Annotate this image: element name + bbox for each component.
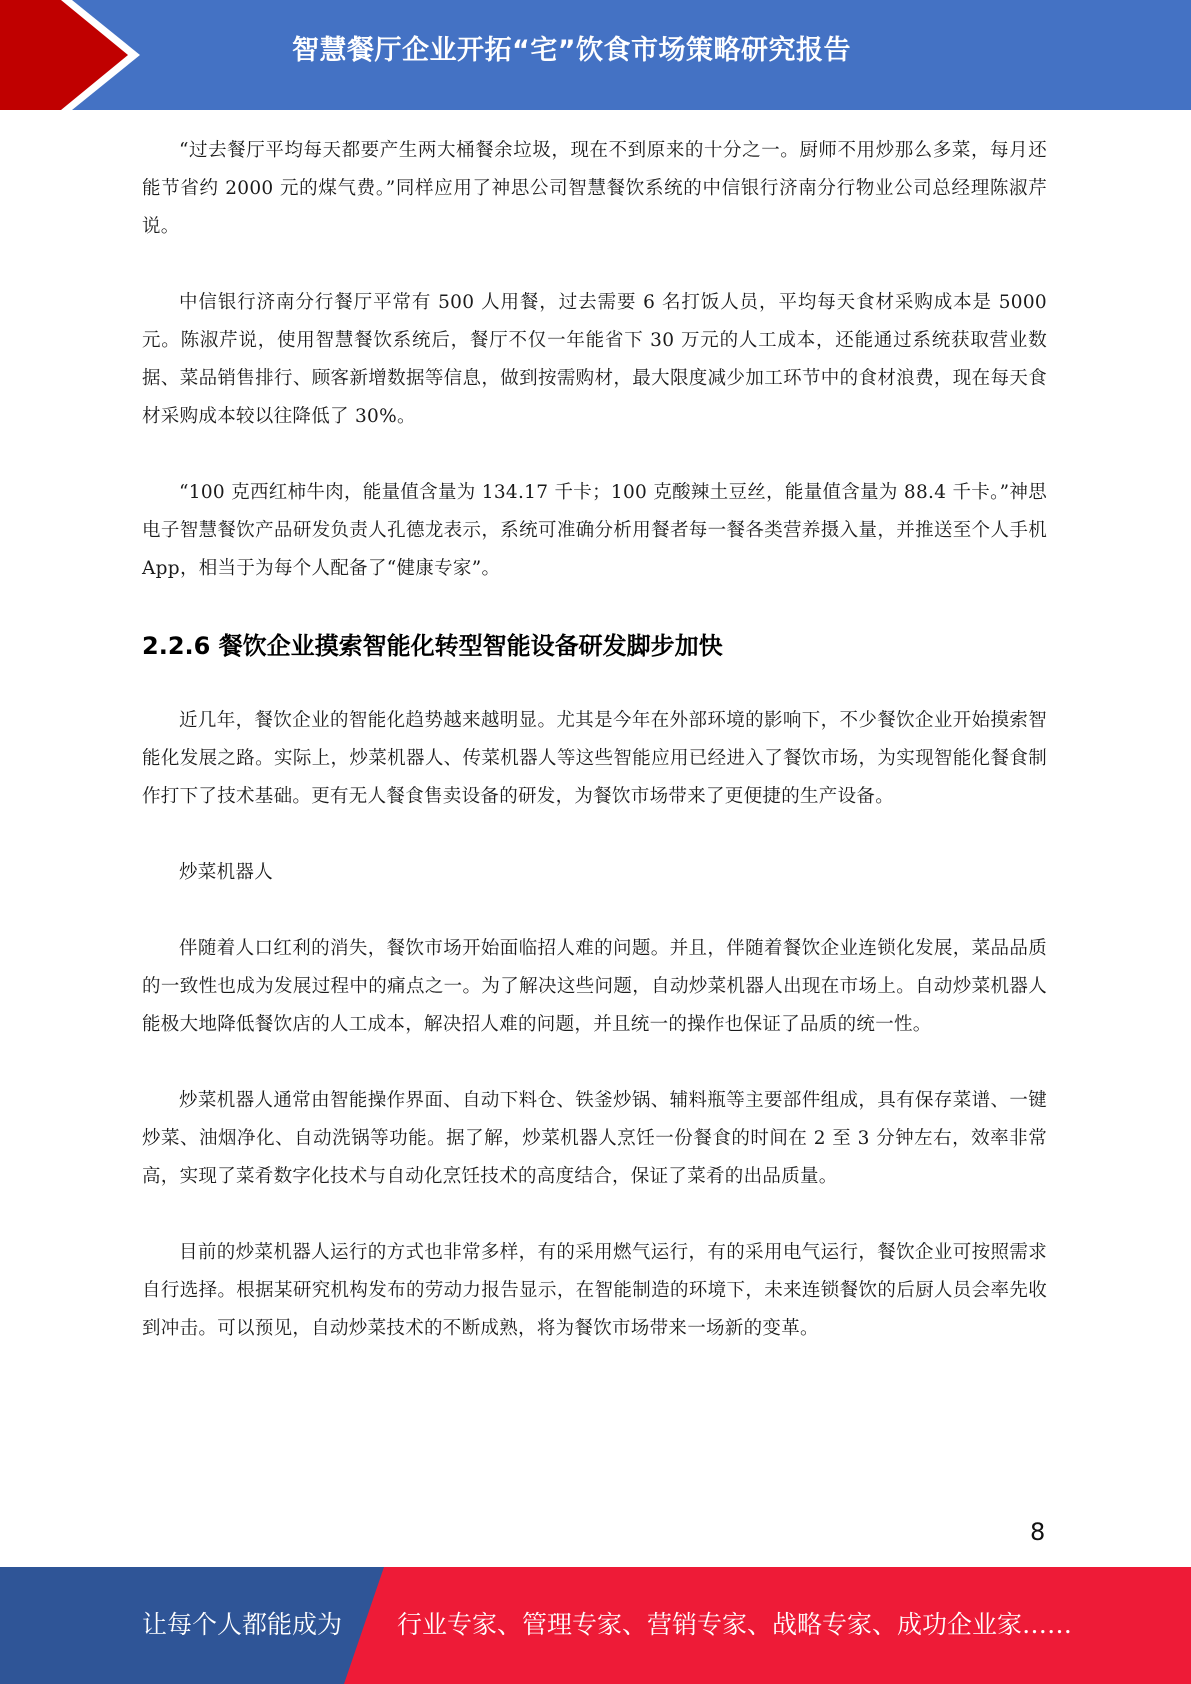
document-body: “过去餐厅平均每天都要产生两大桶餐余垃圾，现在不到原来的十分之一。厨师不用炒那么… [142, 132, 1047, 1386]
paragraph: “100 克西红柿牛肉，能量值含量为 134.17 千卡；100 克酸辣土豆丝，… [142, 474, 1047, 588]
subheading-label: 炒菜机器人 [142, 854, 1047, 892]
paragraph: 目前的炒菜机器人运行的方式也非常多样，有的采用燃气运行，有的采用电气运行，餐饮企… [142, 1234, 1047, 1348]
page-header: 智慧餐厅企业开拓“宅”饮食市场策略研究报告 [0, 0, 1191, 110]
paragraph: “过去餐厅平均每天都要产生两大桶餐余垃圾，现在不到原来的十分之一。厨师不用炒那么… [142, 132, 1047, 246]
red-chevron-decoration [0, 0, 160, 110]
report-title: 智慧餐厅企业开拓“宅”饮食市场策略研究报告 [292, 29, 851, 73]
paragraph: 炒菜机器人通常由智能操作界面、自动下料仓、铁釜炒锅、辅料瓶等主要部件组成，具有保… [142, 1082, 1047, 1196]
paragraph: 伴随着人口红利的消失，餐饮市场开始面临招人难的问题。并且，伴随着餐饮企业连锁化发… [142, 930, 1047, 1044]
footer-slogan-left: 让每个人都能成为 [142, 1605, 342, 1645]
paragraph: 中信银行济南分行餐厅平常有 500 人用餐，过去需要 6 名打饭人员，平均每天食… [142, 284, 1047, 436]
page-footer: 让每个人都能成为 行业专家、管理专家、营销专家、战略专家、成功企业家…… [0, 1567, 1191, 1684]
page-number: 8 [1030, 1518, 1045, 1546]
footer-slogan-right: 行业专家、管理专家、营销专家、战略专家、成功企业家…… [397, 1605, 1072, 1645]
section-heading: 2.2.6 餐饮企业摸索智能化转型智能设备研发脚步加快 [142, 626, 1047, 666]
paragraph: 近几年，餐饮企业的智能化趋势越来越明显。尤其是今年在外部环境的影响下，不少餐饮企… [142, 702, 1047, 816]
